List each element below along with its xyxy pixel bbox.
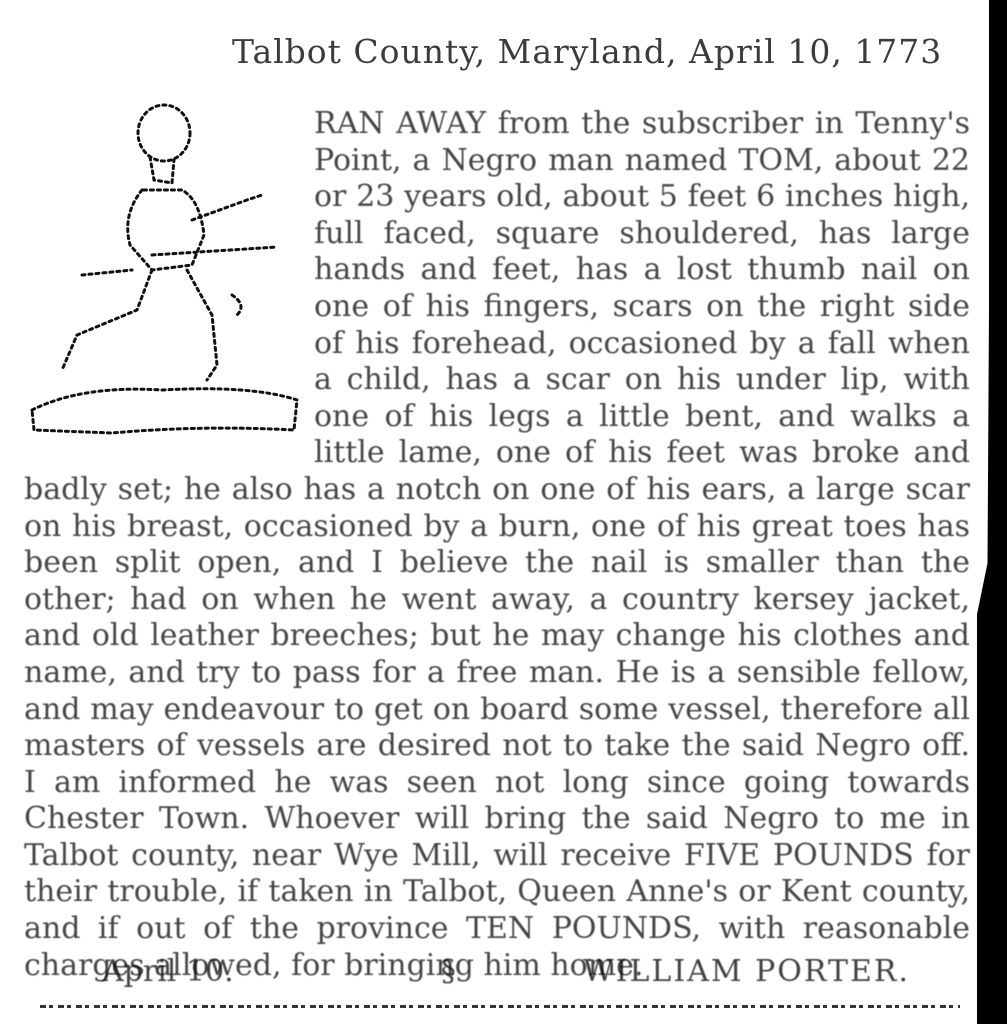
dateline: Talbot County, Maryland, April 10, 1773 [232, 32, 932, 71]
advertisement-body: RAN AWAY from the subscriber in Tenny's … [24, 70, 970, 984]
footer-date: April 10. [102, 954, 234, 989]
column-rule-divider [40, 1005, 960, 1008]
newspaper-page: Talbot County, Maryland, April 10, 1773 … [0, 0, 1007, 1024]
ad-footer: April 10. § WILLIAM PORTER. [24, 954, 970, 989]
section-mark: § [441, 954, 456, 989]
illustration-spacer [24, 70, 314, 437]
scan-edge-shadow [977, 0, 1007, 1024]
signature: WILLIAM PORTER. [583, 954, 910, 989]
